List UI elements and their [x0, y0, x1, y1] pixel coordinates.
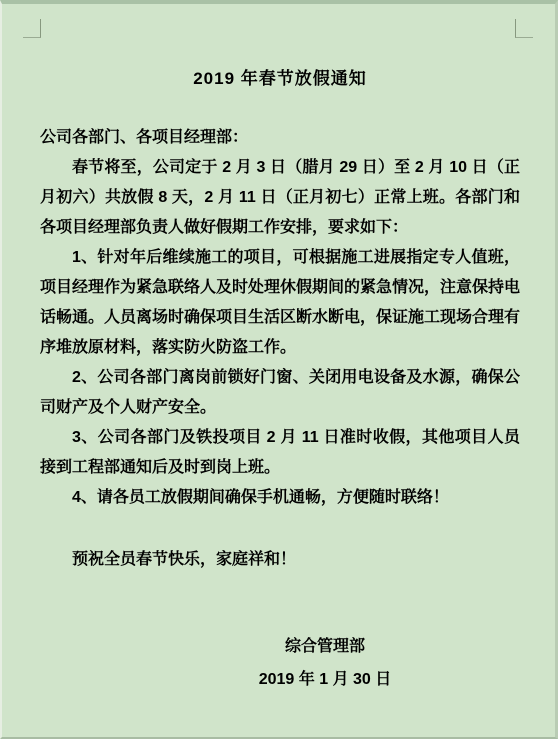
paragraph-item-2: 2、公司各部门离岗前锁好门窗、关闭用电设备及水源，确保公司财产及个人财产安全。	[40, 363, 520, 423]
paragraph-item-1: 1、针对年后维续施工的项目，可根据施工进展指定专人值班，项目经理作为紧急联络人及…	[40, 243, 520, 363]
document-title: 2019 年春节放假通知	[40, 64, 520, 93]
paragraph-item-3: 3、公司各部门及铁投项目 2 月 11 日准时收假，其他项目人员接到工程部通知后…	[40, 423, 520, 483]
document-page: 2019 年春节放假通知 公司各部门、各项目经理部： 春节将至，公司定于 2 月…	[0, 0, 558, 739]
closing-wish-line: 预祝全员春节快乐，家庭祥和！	[40, 545, 520, 575]
signature-department: 综合管理部	[130, 630, 520, 663]
document-body: 2019 年春节放假通知 公司各部门、各项目经理部： 春节将至，公司定于 2 月…	[40, 4, 520, 696]
signature-block: 综合管理部 2019 年 1 月 30 日	[40, 630, 520, 696]
signature-date: 2019 年 1 月 30 日	[130, 663, 520, 696]
paragraph-holiday-dates: 春节将至，公司定于 2 月 3 日（腊月 29 日）至 2 月 10 日（正月初…	[40, 153, 520, 243]
margin-crop-mark-top-left	[23, 19, 41, 38]
paragraph-item-4: 4、请各员工放假期间确保手机通畅，方便随时联络！	[40, 483, 520, 513]
salutation-line: 公司各部门、各项目经理部：	[40, 123, 520, 153]
